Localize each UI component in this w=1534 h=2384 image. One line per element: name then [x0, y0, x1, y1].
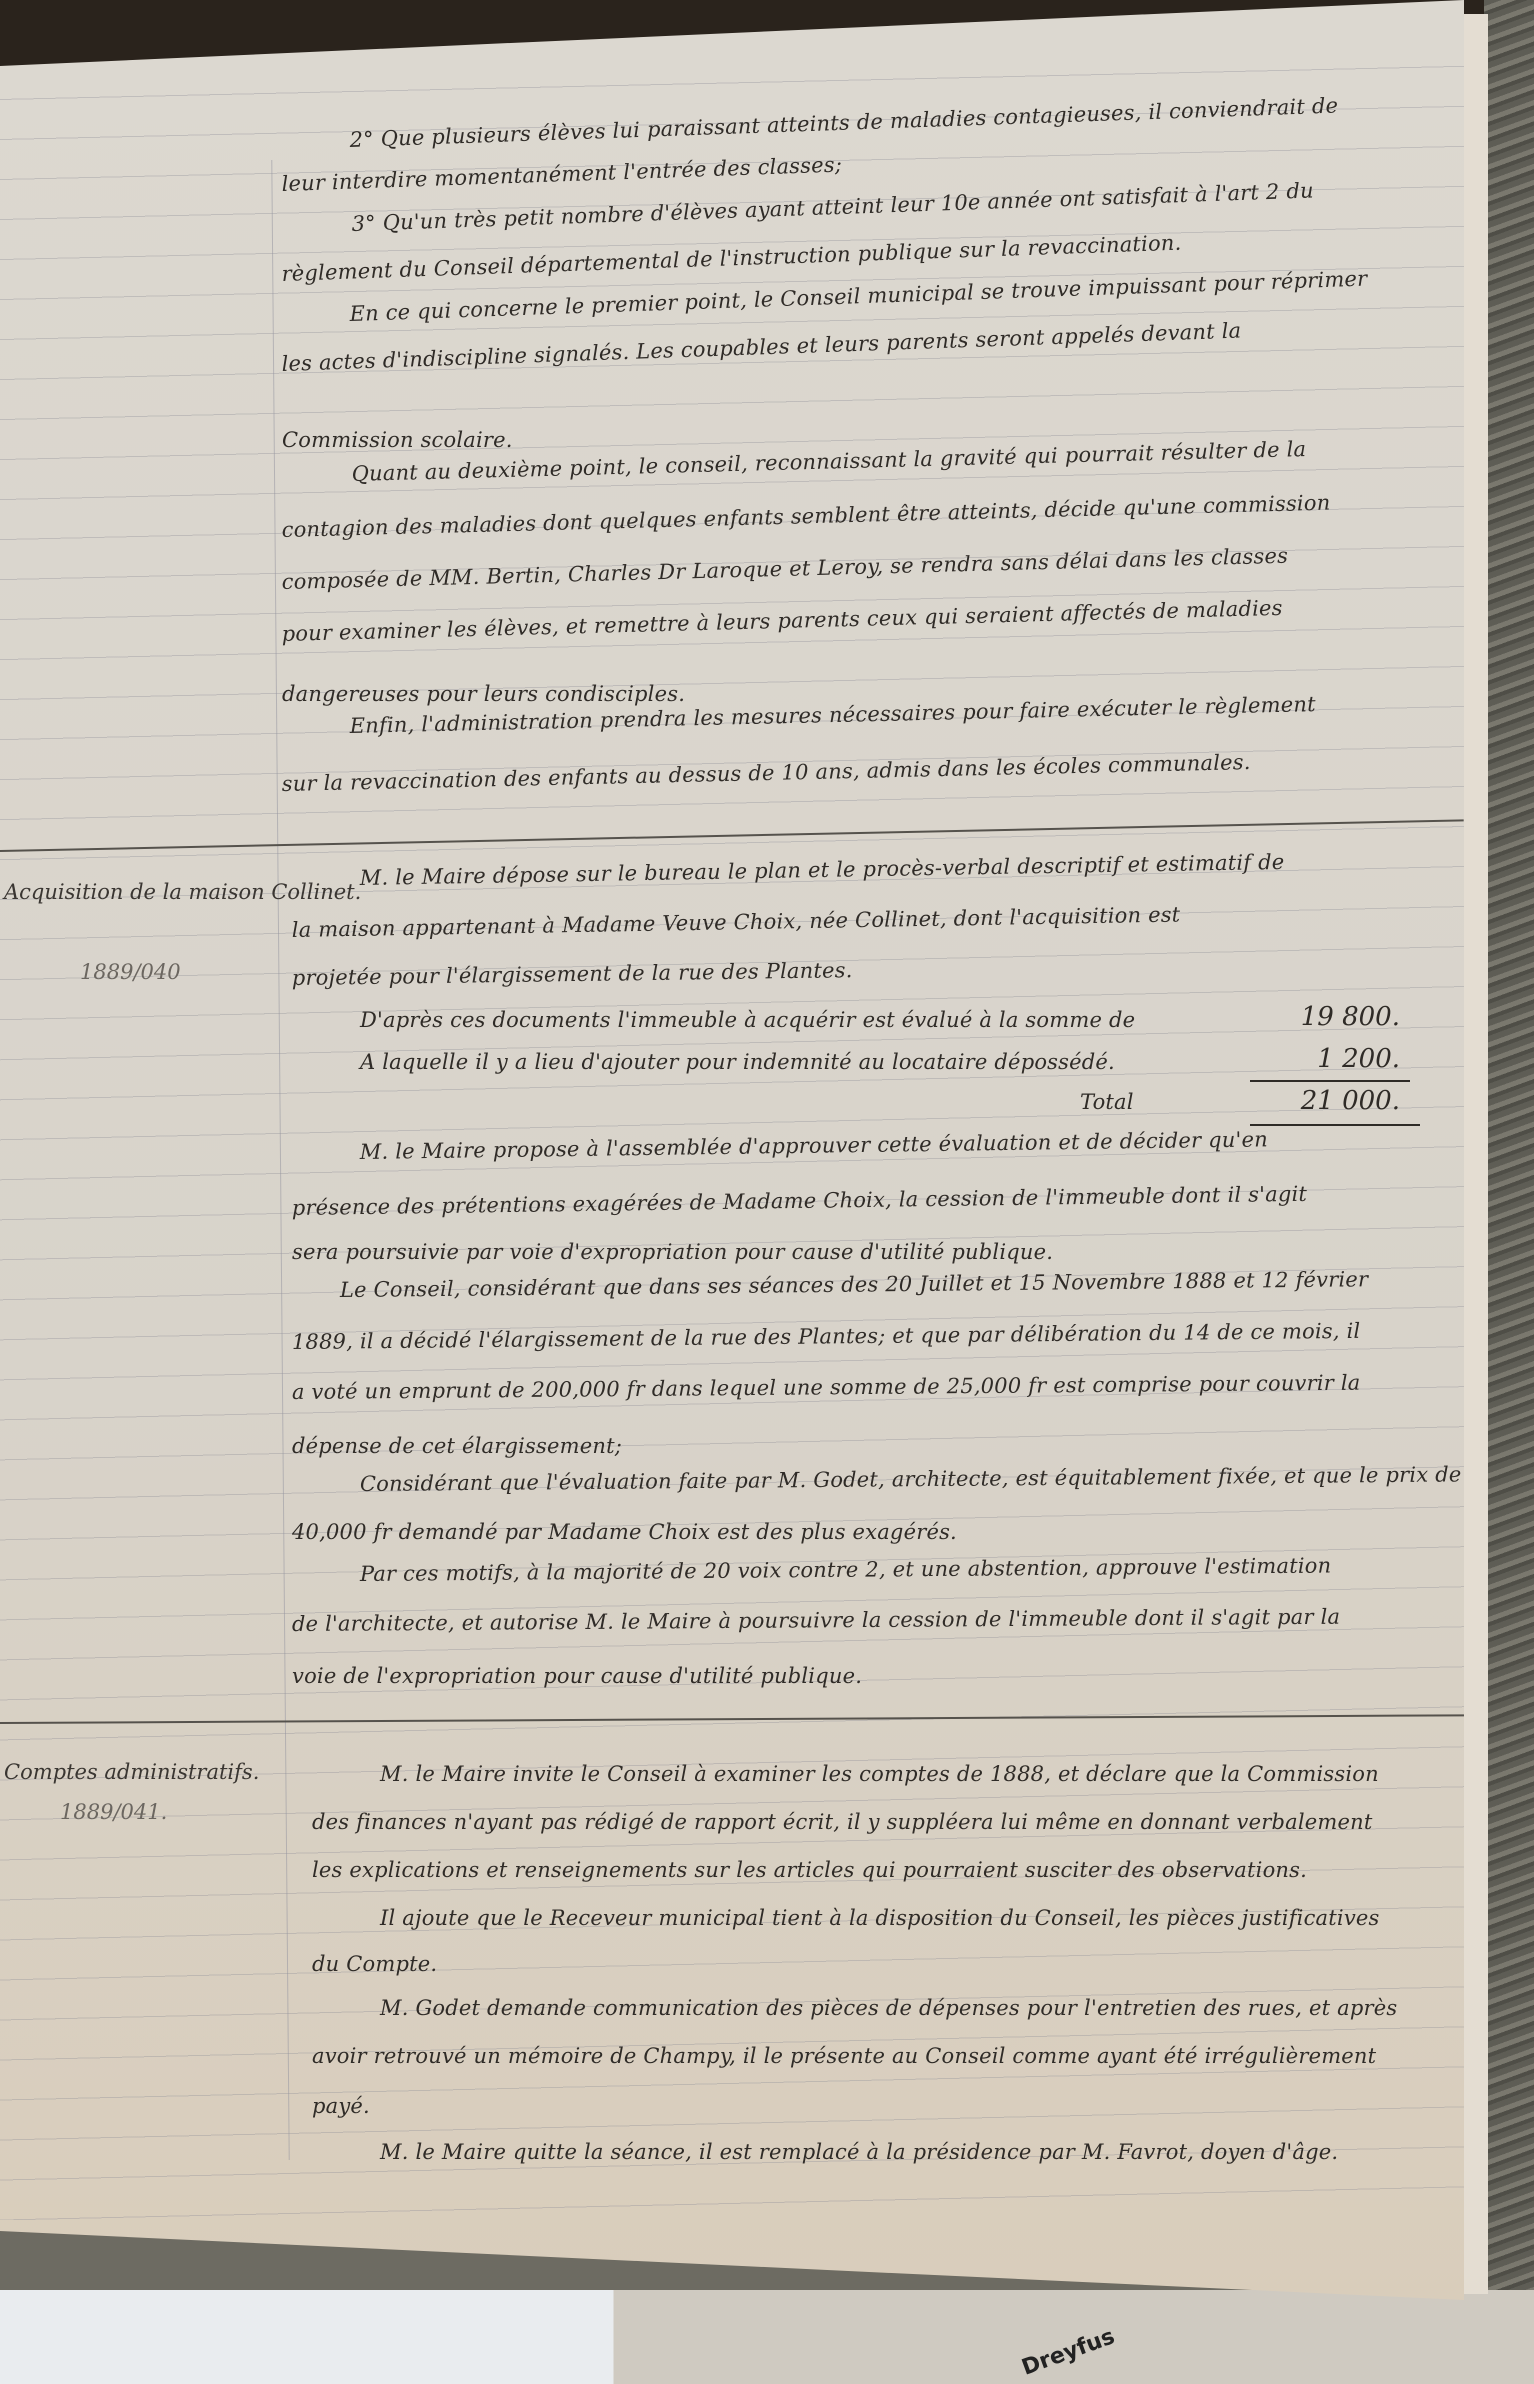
margin-title-acquisition: Acquisition de la maison Collinet. [4, 880, 361, 904]
amount-valuation: 19 800. [1200, 1002, 1400, 1032]
margin-title-comptes: Comptes administratifs. [4, 1760, 259, 1784]
text-line: avoir retrouvé un mémoire de Champy, il … [312, 2044, 1376, 2068]
background-bottom [0, 2290, 1534, 2384]
text-line: dangereuses pour leurs condisciples. [282, 682, 685, 706]
amount-indemnity: 1 200. [1200, 1044, 1400, 1074]
sum-rule [1250, 1080, 1410, 1082]
page-edge [1462, 14, 1488, 2294]
register-page: 2° Que plusieurs élèves lui paraissant a… [0, 0, 1464, 2300]
margin-reference: 1889/041. [60, 1800, 167, 1824]
text-line: M. le Maire quitte la séance, il est rem… [380, 2140, 1338, 2164]
text-line: M. le Maire invite le Conseil à examiner… [380, 1762, 1379, 1786]
text-line: Commission scolaire. [282, 428, 513, 452]
text-line: des finances n'ayant pas rédigé de rappo… [312, 1810, 1372, 1834]
amount-total: 21 000. [1200, 1086, 1400, 1116]
margin-reference: 1889/040 [80, 960, 181, 984]
total-label: Total [1080, 1090, 1134, 1114]
text-line: sera poursuivie par voie d'expropriation… [292, 1240, 1053, 1264]
background-textured-surface [1484, 0, 1534, 2384]
text-line: les explications et renseignements sur l… [312, 1858, 1307, 1882]
text-line: 40,000 fr demandé par Madame Choix est d… [292, 1520, 957, 1544]
text-line: voie de l'expropriation pour cause d'uti… [292, 1664, 862, 1688]
total-rule [1250, 1124, 1420, 1126]
text-line: M. Godet demande communication des pièce… [380, 1996, 1397, 2020]
text-line: payé. [312, 2094, 370, 2118]
text-line: Il ajoute que le Receveur municipal tien… [380, 1906, 1379, 1930]
text-line: D'après ces documents l'immeuble à acqué… [360, 1008, 1135, 1032]
text-line: A laquelle il y a lieu d'ajouter pour in… [360, 1050, 1115, 1074]
text-line: du Compte. [312, 1952, 437, 1976]
text-line: dépense de cet élargissement; [292, 1434, 622, 1458]
